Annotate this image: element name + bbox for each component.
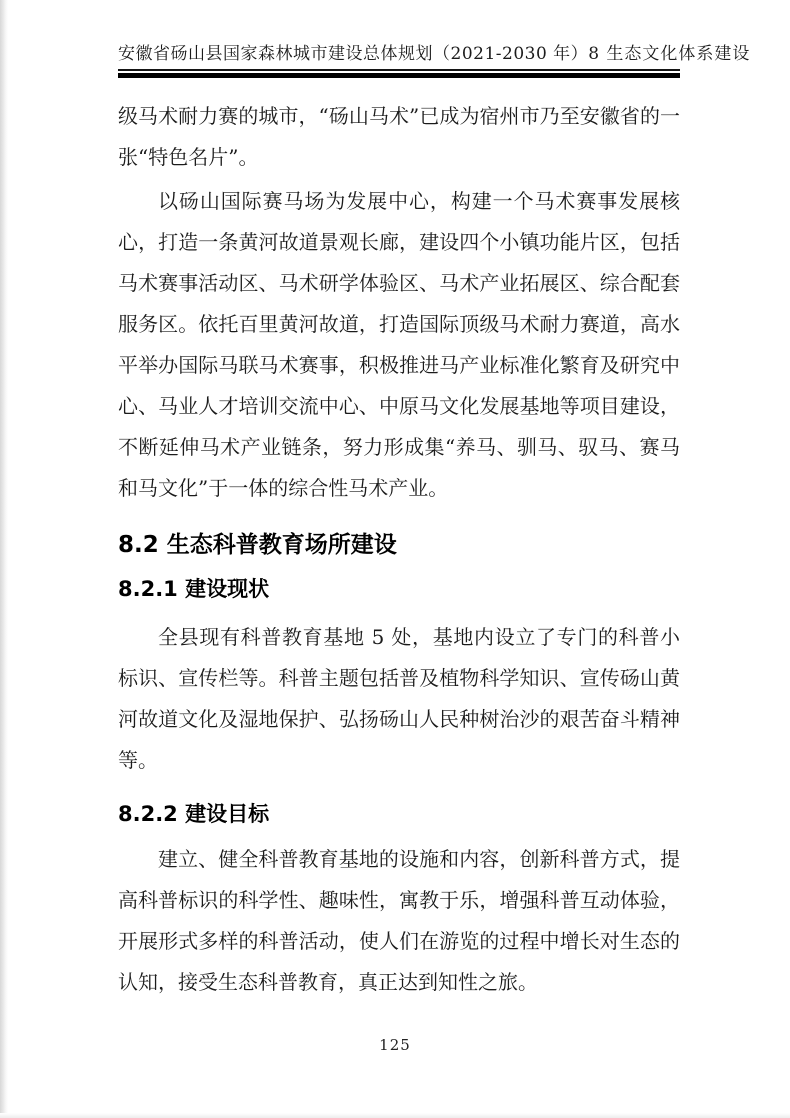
header-right-title: 8 生态文化体系建设 bbox=[588, 44, 750, 64]
heading-8-2-2-construction-goal: 8.2.2 建设目标 bbox=[118, 799, 680, 829]
paragraph-equestrian-industry: 以砀山国际赛马场为发展中心，构建一个马术赛事发展核心，打造一条黄河故道景观长廊，… bbox=[118, 181, 680, 509]
page-number: 125 bbox=[379, 1036, 411, 1054]
header-rule-thin-line bbox=[118, 69, 680, 71]
page-body: 级马术耐力赛的城市，“砀山马术”已成为宿州市乃至安徽省的一张“特色名片”。 以砀… bbox=[118, 96, 680, 1003]
header-rule bbox=[118, 69, 680, 78]
page-footer: 125 bbox=[0, 1036, 790, 1054]
paragraph-continuation: 级马术耐力赛的城市，“砀山马术”已成为宿州市乃至安徽省的一张“特色名片”。 bbox=[118, 96, 680, 178]
heading-8-2-1-construction-status: 8.2.1 建设现状 bbox=[118, 574, 680, 604]
heading-8-2-eco-science-education: 8.2 生态科普教育场所建设 bbox=[118, 529, 680, 561]
header-row: 安徽省砀山县国家森林城市建设总体规划（2021-2030 年） 8 生态文化体系… bbox=[118, 44, 680, 64]
page-header: 安徽省砀山县国家森林城市建设总体规划（2021-2030 年） 8 生态文化体系… bbox=[118, 0, 680, 78]
header-rule-thick-line bbox=[118, 73, 680, 78]
paragraph-construction-goal: 建立、健全科普教育基地的设施和内容，创新科普方式，提高科普标识的科学性、趣味性，… bbox=[118, 839, 680, 1003]
scan-edge-bottom bbox=[0, 1113, 790, 1118]
header-left-title: 安徽省砀山县国家森林城市建设总体规划（2021-2030 年） bbox=[118, 44, 588, 64]
paragraph-construction-status: 全县现有科普教育基地 5 处，基地内设立了专门的科普小标识、宣传栏等。科普主题包… bbox=[118, 617, 680, 781]
scan-edge-left bbox=[0, 0, 8, 1118]
document-page: 安徽省砀山县国家森林城市建设总体规划（2021-2030 年） 8 生态文化体系… bbox=[0, 0, 790, 1118]
